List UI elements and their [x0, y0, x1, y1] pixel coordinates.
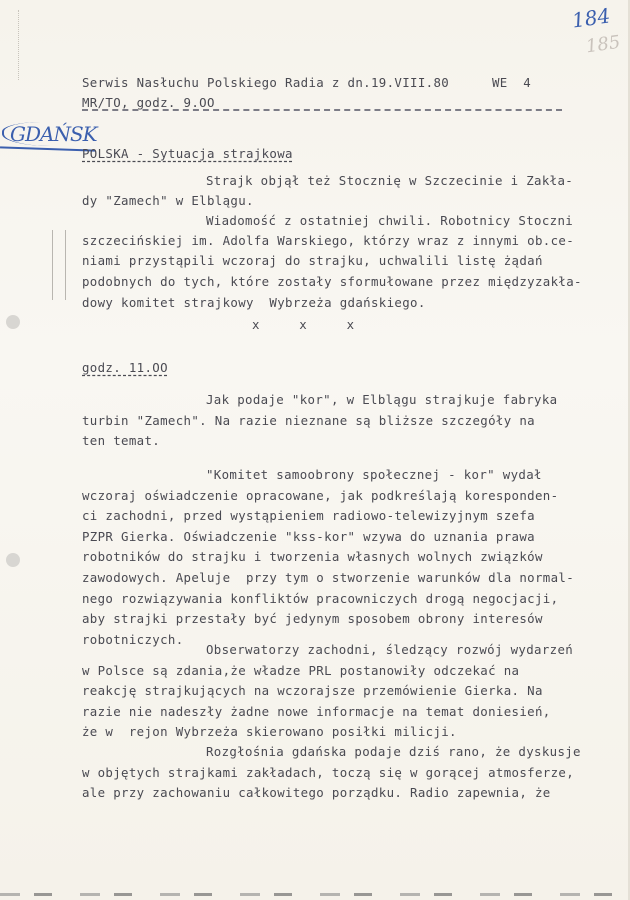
text-line: ale przy zachowaniu całkowitego porządku…	[82, 787, 551, 799]
text-line: że w rejon Wybrzeża skierowano posiłki m…	[82, 726, 457, 738]
text-line: dy "Zamech" w Elblągu.	[82, 195, 254, 207]
section-heading: POLSKA - Sytuacja strajkowa	[82, 148, 293, 160]
text-line: dowy komitet strajkowy Wybrzeża gdańskie…	[82, 297, 426, 309]
margin-vertical-lines	[52, 230, 66, 300]
punch-hole	[6, 553, 20, 567]
text-line: Obserwatorzy zachodni, śledzący rozwój w…	[206, 644, 573, 656]
text-line: aby strajki przestały być jedynym sposob…	[82, 613, 543, 625]
handwritten-underline	[0, 146, 95, 151]
text-line: Rozgłośnia gdańska podaje dziś rano, że …	[206, 746, 581, 758]
scan-edge	[0, 893, 630, 896]
text-line: w Polsce są zdania,że władze PRL postano…	[82, 665, 519, 677]
header-rule	[82, 109, 562, 111]
text-line: Strajk objął też Stocznię w Szczecinie i…	[206, 175, 573, 187]
location-stamp-handwritten: GDAŃSK	[2, 122, 100, 146]
page-number-handwritten: 184	[571, 3, 612, 32]
text-line: razie nie nadeszły żadne nowe informacje…	[82, 706, 551, 718]
text-line: Jak podaje "kor", w Elblągu strajkuje fa…	[206, 394, 557, 406]
text-line: ten temat.	[82, 435, 160, 447]
text-line: niami przystąpili wczoraj do strajku, uc…	[82, 255, 543, 267]
text-line: robotniczych.	[82, 634, 184, 646]
header-code: WE 4	[492, 77, 531, 89]
text-line: podobnych do tych, które zostały sformuł…	[82, 276, 582, 288]
text-line: Wiadomość z ostatniej chwili. Robotnicy …	[206, 215, 573, 227]
text-line: wczoraj oświadczenie opracowane, jak pod…	[82, 490, 558, 502]
header-time-line: MR/TO, godz. 9.OO	[82, 97, 215, 109]
document-page: 184 185 GDAŃSK Serwis Nasłuchu Polskiego…	[0, 0, 630, 900]
text-line: szczecińskiej im. Adolfa Warskiego, któr…	[82, 235, 574, 247]
text-line: zawodowych. Apeluje przy tym o stworzeni…	[82, 572, 574, 584]
text-line: robotników do strajku i tworzenia własny…	[82, 551, 543, 563]
page-number-faded: 185	[585, 32, 622, 58]
punch-hole	[6, 315, 20, 329]
time-heading: godz. 11.OO	[82, 362, 168, 374]
page-number-secondary: 185	[585, 32, 622, 58]
text-line: "Komitet samoobrony społecznej - kor" wy…	[206, 469, 542, 481]
text-line: w objętych strajkami zakładach, toczą si…	[82, 767, 574, 779]
text-line: nego rozwiązywania konfliktów pracownicz…	[82, 593, 558, 605]
text-line: reakcję strajkujących na wczorajsze prze…	[82, 685, 543, 697]
text-line: turbin "Zamech". Na razie nieznane są bl…	[82, 415, 535, 427]
header-service-line: Serwis Nasłuchu Polskiego Radia z dn.19.…	[82, 77, 449, 89]
section-separator: x x x	[252, 319, 356, 331]
margin-marks	[18, 10, 25, 80]
text-line: PZPR Gierka. Oświadczenie "kss-kor" wzyw…	[82, 531, 535, 543]
text-line: ci zachodni, przed wystąpieniem radiowo-…	[82, 510, 535, 522]
